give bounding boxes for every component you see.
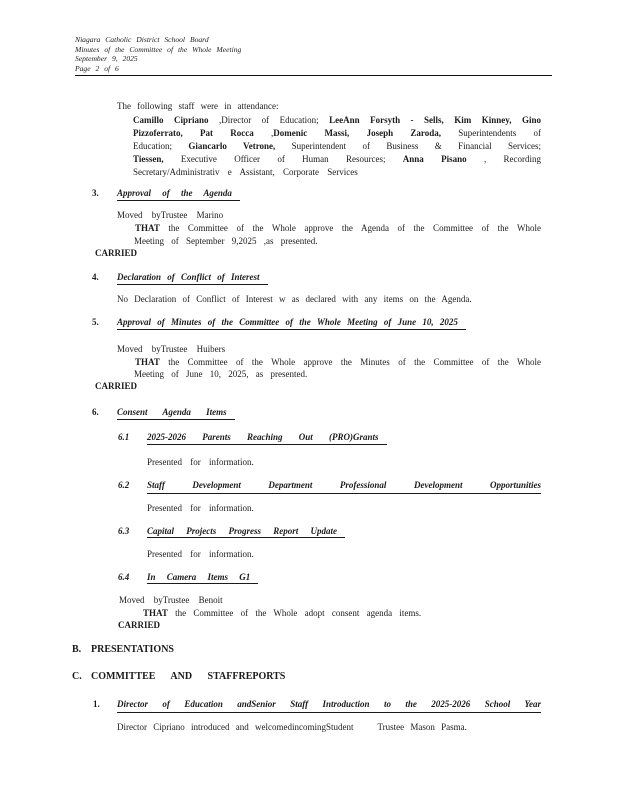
section-4-number: 4.	[92, 272, 99, 284]
item-6-3-heading: Capital Projects Progress Report Update	[147, 526, 345, 538]
item-6-4-number: 6.4	[118, 572, 129, 584]
section-5-motion-line-2: Meeting of June 10, 2025, as presented.	[134, 369, 307, 381]
item-c-1-heading: Director of Education andSenior Staff In…	[117, 699, 541, 713]
page-header: Niagara Catholic District School Board M…	[75, 35, 241, 73]
section-5-moved-line: Moved byTrustee Huibers	[117, 344, 225, 356]
attendance-line-3: Education; Giancarlo Vetrone, Superinten…	[133, 140, 541, 153]
item-6-3-body: Presented for information.	[147, 549, 254, 561]
item-c-1-body: Director Cipriano introduced and welcome…	[117, 722, 467, 734]
minutes-document-page: Niagara Catholic District School Board M…	[0, 0, 618, 800]
attendance-intro: The following staff were in attendance:	[117, 101, 279, 113]
section-6-heading: Consent Agenda Items	[117, 407, 235, 419]
attendance-line-2: Pizzoferrato, Pat Rocca ,Domenic Massi, …	[133, 127, 541, 140]
section-3-motion-line-1: THAT the Committee of the Whole approve …	[135, 223, 541, 235]
header-page-number: Page 2 of 6	[75, 64, 241, 74]
section-6-carried: CARRIED	[118, 620, 160, 632]
section-5-heading: Approval of Minutes of the Committee of …	[117, 317, 466, 329]
section-6-motion-line: THAT the Committee of the Whole adopt co…	[143, 608, 421, 620]
section-4-body: No Declaration of Conflict of Interest w…	[117, 294, 472, 306]
header-divider-rule	[75, 75, 552, 76]
section-5-number: 5.	[92, 317, 99, 329]
section-3-moved-line: Moved byTrustee Marino	[117, 210, 223, 222]
section-3-motion-line-2: Meeting of September 9,2025 ,as presente…	[134, 236, 317, 248]
section-6-moved-line: Moved byTrustee Benoit	[119, 595, 223, 607]
attendance-block: Camillo Cipriano ,Director of Education;…	[133, 114, 541, 179]
section-3-number: 3.	[92, 188, 99, 200]
section-5-motion-line-1: THAT the Committee of the Whole approve …	[135, 357, 541, 369]
item-6-1-body: Presented for information.	[147, 457, 254, 469]
item-6-1-heading: 2025-2026 Parents Reaching Out (PRO)Gran…	[147, 432, 387, 444]
header-board-name: Niagara Catholic District School Board	[75, 35, 241, 45]
section-3-heading: Approval of the Agenda	[117, 188, 240, 200]
item-6-1-number: 6.1	[118, 432, 129, 444]
section-5-carried: CARRIED	[95, 381, 137, 393]
item-6-2-body: Presented for information.	[147, 503, 254, 515]
item-6-2-number: 6.2	[118, 480, 129, 492]
section-3-carried: CARRIED	[95, 248, 137, 260]
section-b-heading: PRESENTATIONS	[91, 644, 174, 655]
section-b-letter: B.	[72, 644, 81, 655]
attendance-line-5: Secretary/Administrativ e Assistant, Cor…	[133, 166, 541, 179]
item-6-2-heading: Staff Development Department Professiona…	[147, 480, 541, 494]
attendance-line-1: Camillo Cipriano ,Director of Education;…	[133, 114, 541, 127]
header-date: September 9, 2025	[75, 54, 241, 64]
section-c-letter: C.	[72, 671, 82, 682]
header-doc-title: Minutes of the Committee of the Whole Me…	[75, 45, 241, 55]
section-4-heading: Declaration of Conflict of Interest	[117, 272, 268, 284]
item-6-4-heading: In Camera Items G1	[147, 572, 258, 584]
section-6-number: 6.	[92, 407, 99, 419]
section-c-heading: COMMITTEE AND STAFFREPORTS	[91, 671, 285, 682]
item-c-1-number: 1.	[93, 699, 100, 711]
item-6-3-number: 6.3	[118, 526, 129, 538]
attendance-line-4: Tiessen, Executive Officer of Human Reso…	[133, 153, 541, 166]
